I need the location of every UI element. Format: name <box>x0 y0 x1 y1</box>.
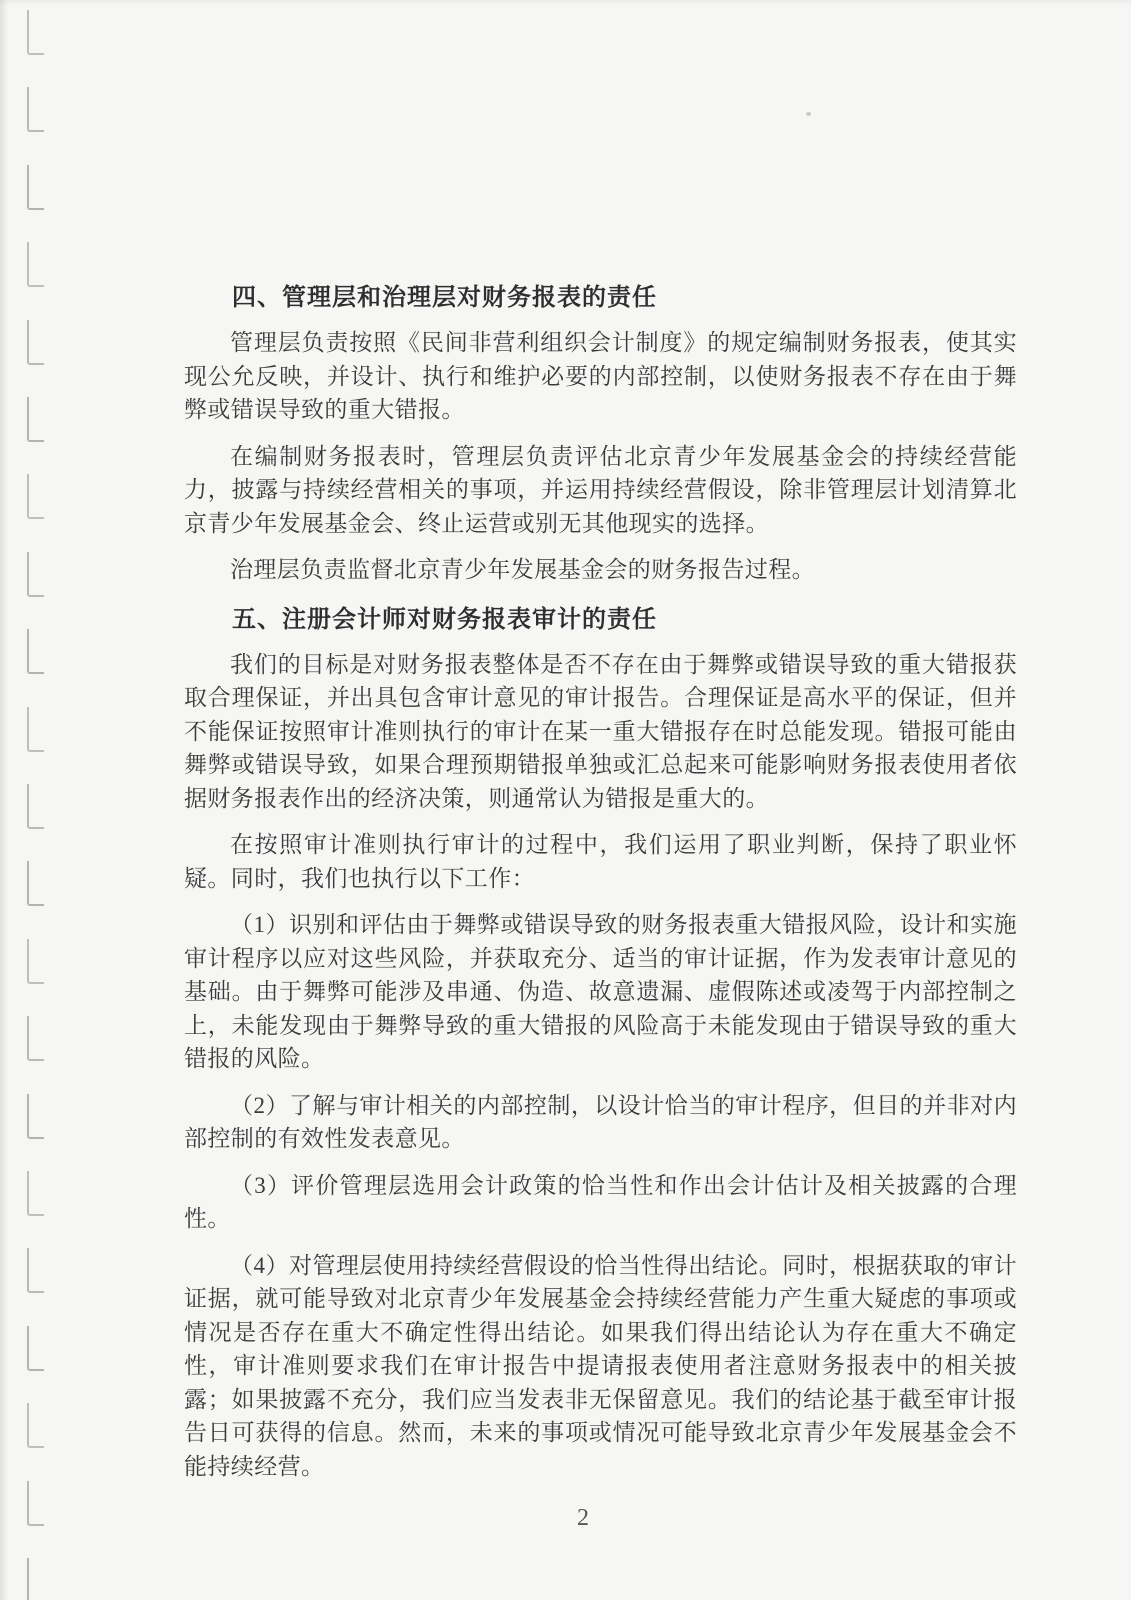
section-heading-management-governance-responsibility: 四、管理层和治理层对财务报表的责任 <box>184 281 1017 315</box>
binding-marks-strip <box>0 0 60 1600</box>
section-heading-auditor-responsibility: 五、注册会计师对财务报表审计的责任 <box>184 603 1017 637</box>
paragraph: 管理层负责按照《民间非营利组织会计制度》的规定编制财务报表，使其实现公允反映，并… <box>184 326 1017 427</box>
binding-hole-mark <box>27 1171 44 1216</box>
paragraph: 治理层负责监督北京青少年发展基金会的财务报告过程。 <box>184 553 1017 587</box>
binding-hole-mark <box>27 242 44 287</box>
binding-hole-mark <box>27 939 44 984</box>
document-body: 四、管理层和治理层对财务报表的责任 管理层负责按照《民间非营利组织会计制度》的规… <box>184 281 1017 1496</box>
binding-hole-mark <box>27 1558 44 1600</box>
paragraph-list-item-1: （1）识别和评估由于舞弊或错误导致的财务报表重大错报风险，设计和实施审计程序以应… <box>184 908 1017 1076</box>
binding-hole-mark <box>27 707 44 752</box>
binding-hole-mark <box>27 1403 44 1448</box>
binding-hole-mark <box>27 1016 44 1061</box>
page-number: 2 <box>0 1505 1131 1532</box>
binding-hole-mark <box>27 1326 44 1371</box>
paragraph-list-item-3: （3）评价管理层选用会计政策的恰当性和作出会计估计及相关披露的合理性。 <box>184 1169 1017 1236</box>
binding-hole-mark <box>27 165 44 210</box>
paragraph: 我们的目标是对财务报表整体是否不存在由于舞弊或错误导致的重大错报获取合理保证，并… <box>184 648 1017 816</box>
binding-hole-mark <box>27 629 44 674</box>
paragraph: 在编制财务报表时，管理层负责评估北京青少年发展基金会的持续经营能力，披露与持续经… <box>184 440 1017 541</box>
binding-hole-mark <box>27 474 44 519</box>
paragraph: 在按照审计准则执行审计的过程中，我们运用了职业判断，保持了职业怀疑。同时，我们也… <box>184 828 1017 895</box>
binding-hole-mark <box>27 397 44 442</box>
scan-speck <box>806 112 811 116</box>
scanned-document-page: 四、管理层和治理层对财务报表的责任 管理层负责按照《民间非营利组织会计制度》的规… <box>0 0 1131 1600</box>
binding-hole-mark <box>27 784 44 829</box>
binding-hole-mark <box>27 10 44 55</box>
paragraph-list-item-2: （2）了解与审计相关的内部控制，以设计恰当的审计程序，但目的并非对内部控制的有效… <box>184 1089 1017 1156</box>
binding-hole-mark <box>27 320 44 365</box>
binding-hole-mark <box>27 1094 44 1139</box>
binding-hole-mark <box>27 1248 44 1293</box>
binding-hole-mark <box>27 87 44 132</box>
binding-hole-mark <box>27 552 44 597</box>
binding-hole-mark <box>27 861 44 906</box>
paragraph-list-item-4: （4）对管理层使用持续经营假设的恰当性得出结论。同时，根据获取的审计证据，就可能… <box>184 1249 1017 1484</box>
